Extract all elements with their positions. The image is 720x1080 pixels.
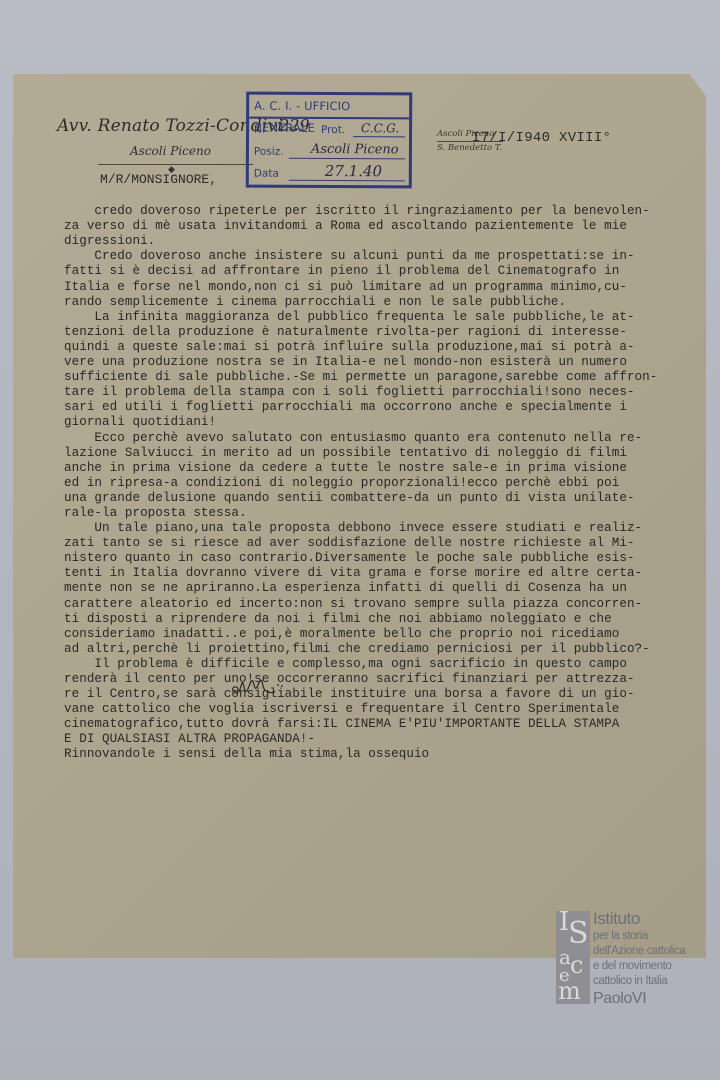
body-line: quindi a queste sale:mai si potrà influi…: [64, 340, 684, 355]
body-line: Rinnovandole i sensi della mia stima,la …: [64, 747, 684, 762]
body-line: credo doveroso ripeterLe per iscritto il…: [64, 204, 684, 219]
stamp-label-posiz: Posiz.: [254, 141, 284, 163]
body-line: Italia e forse nel mondo,non ci si può l…: [64, 280, 684, 295]
stamp-label-data: Data: [254, 163, 279, 185]
body-line: nistero quanto in caso contrario.Diversa…: [64, 551, 684, 566]
body-line: carattere aleatorio ed incerto:non si tr…: [64, 597, 684, 612]
body-line: giornali quotidiani!: [64, 415, 684, 430]
monogram-letter: c: [570, 953, 583, 977]
stamp-data-value: 27.1.40: [325, 160, 382, 182]
logo-monogram: I S a c e m: [556, 911, 590, 1004]
body-line: consideriamo inadatti..e poi,è moralment…: [64, 627, 684, 642]
body-line: zati tanto se si riesce ad aver soddisfa…: [64, 536, 684, 551]
logo-line: dell'Azione cattolica: [593, 944, 685, 959]
monogram-letter: S: [568, 919, 589, 949]
body-line: sari ed utili i foglietti parrocchiali m…: [64, 400, 684, 415]
body-line: Ecco perchè avevo salutato con entusiasm…: [64, 431, 684, 446]
stamp-number-value: 229: [279, 115, 310, 137]
body-line: Un tale piano,una tale proposta debbono …: [64, 521, 684, 536]
body-line: ti disposti a riprendere da noi i filmi …: [64, 612, 684, 627]
letterhead-divider: [98, 164, 253, 165]
salutation: M/R/MONSIGNORE,: [100, 172, 217, 187]
stamp-title: A. C. I. - UFFICIO CENTRALE: [249, 95, 409, 120]
letterhead-city: Ascoli Piceno: [130, 144, 211, 158]
stamp-label-number: N.: [254, 119, 265, 141]
logo-line: e del movimento: [593, 959, 685, 974]
body-line: cinematografico,tutto dovrà farsi:IL CIN…: [64, 717, 684, 732]
body-line: Credo doveroso anche insistere su alcuni…: [64, 249, 684, 264]
protocol-stamp: A. C. I. - UFFICIO CENTRALE N. 229 Prot.…: [246, 92, 413, 189]
logo-line: PaoloVI: [593, 989, 685, 1009]
body-line: anche in prima visione da cedere a tutte…: [64, 461, 684, 476]
body-line: lazione Salviucci in merito ad un possib…: [64, 446, 684, 461]
body-line: za verso di mè usata invitandomi a Roma …: [64, 219, 684, 234]
body-line: mente non se ne apriranno.La esperienza …: [64, 581, 684, 596]
body-line: una grande delusione quando sentii comba…: [64, 491, 684, 506]
body-line: renderà il cento per uno!se occorreranno…: [64, 672, 684, 687]
body-line: tare il problema della stampa con i soli…: [64, 385, 684, 400]
institute-logo: I S a c e m Istituto per la storia dell'…: [556, 911, 706, 1007]
body-line: digressioni.: [64, 234, 684, 249]
logo-line: cattolico in Italia: [593, 974, 685, 989]
stamp-row-number: N. 229 Prot. C.C.G.: [249, 119, 409, 142]
signature-icon: [229, 673, 299, 699]
letter-date: I7/I/I940 XVIII°: [472, 130, 611, 146]
letter-body: credo doveroso ripeterLe per iscritto il…: [64, 189, 684, 778]
body-line: vere una produzione nostra se in Italia-…: [64, 355, 684, 370]
body-line: re il Centro,se sarà consigliabile insti…: [64, 687, 684, 702]
body-line: ed in ripresa-a condizioni di noleggio p…: [64, 476, 684, 491]
body-line: fatti si è decisi ad affrontare in pieno…: [64, 264, 684, 279]
body-line: La infinita maggioranza del pubblico fre…: [64, 310, 684, 325]
body-line: rale-la proposta stessa.: [64, 506, 684, 521]
logo-line: Istituto: [593, 909, 685, 929]
body-line: Il problema è difficile e complesso,ma o…: [64, 657, 684, 672]
body-line: rando semplicemente i cinema parrocchial…: [64, 295, 684, 310]
body-line: vane cattolico che voglia iscriversi e f…: [64, 702, 684, 717]
monogram-letter: m: [558, 979, 581, 1003]
stamp-label-prot: Prot.: [321, 119, 345, 141]
body-line: tenti in Italia dovranno vivere di vita …: [64, 566, 684, 581]
logo-line: per la storia: [593, 929, 685, 944]
body-line: sufficiente di sale pubbliche.-Se mi per…: [64, 370, 684, 385]
logo-text: Istituto per la storia dell'Azione catto…: [593, 909, 685, 1009]
body-line: E DI QUALSIASI ALTRA PROPAGANDA!-: [64, 732, 684, 747]
body-line: ad altri,perchè li proiettino,filmi che …: [64, 642, 684, 657]
stamp-row-data: Data 27.1.40: [249, 163, 409, 186]
body-line: tenzioni della produzione è naturalmente…: [64, 325, 684, 340]
